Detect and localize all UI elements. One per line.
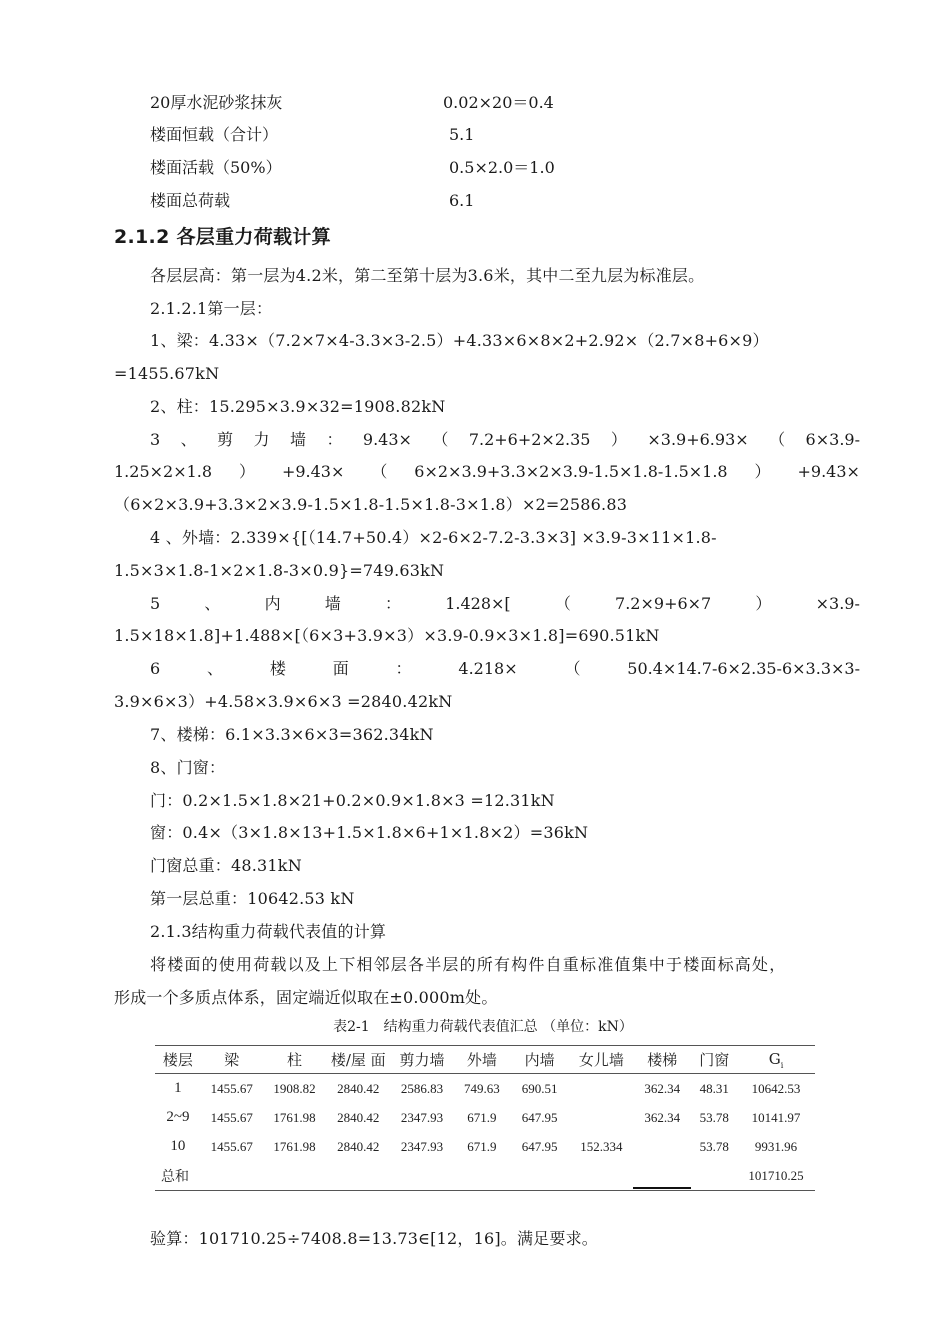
col-header-ext-wall: 外墙 [454, 1046, 510, 1074]
cell [570, 1103, 634, 1132]
floor-calc-line1: 6 、 楼 面 ： 4.218× （ 50.4×14.7-6×2.35-6×3.… [150, 658, 860, 680]
table-row: 1 1455.67 1908.82 2840.42 2586.83 749.63… [155, 1074, 815, 1104]
text-token: ： [385, 593, 401, 615]
method-line2: 形成一个多质点体系，固定端近似取在±0.000m处。 [114, 987, 498, 1009]
int-wall-calc-line2: 1.5×18×1.8]+1.488×[（6×3+3.9×3）×3.9-0.9×3… [114, 625, 660, 647]
text-token: 面 [333, 658, 349, 680]
cell: 2347.93 [390, 1103, 454, 1132]
col-header-column: 柱 [263, 1046, 327, 1074]
cell [570, 1161, 634, 1191]
text-token: 1.25×2×1.8 [114, 461, 212, 483]
col-header-parapet: 女儿墙 [570, 1046, 634, 1074]
verification: 验算：101710.25÷7408.8=13.73∈[12，16]。满足要求。 [150, 1228, 598, 1250]
col-header-int-wall: 内墙 [510, 1046, 570, 1074]
cell: 152.334 [570, 1132, 634, 1161]
text-token: 9.43× [363, 429, 412, 451]
windows-calc: 窗：0.4×（3×1.8×13+1.5×1.8×6+1×1.8×2）=36kN [150, 822, 588, 844]
text-token: 墙 [290, 429, 306, 451]
col-header-gi: Gi [737, 1046, 815, 1074]
text-token: 4.218× [458, 658, 517, 680]
cell: 1761.98 [263, 1132, 327, 1161]
cell: 53.78 [691, 1103, 737, 1132]
text-token: （ [564, 658, 580, 680]
text-token: 、 [204, 593, 220, 615]
cell [263, 1161, 327, 1191]
text-token: 7.2+6+2×2.35 [469, 429, 591, 451]
load-value: 5.1 [449, 124, 474, 146]
load-value: 0.5×2.0＝1.0 [449, 157, 555, 179]
cell: 2840.42 [326, 1074, 390, 1104]
gravity-load-summary-table: 楼层 梁 柱 楼/屋 面 剪力墙 外墙 内墙 女儿墙 楼梯 门窗 Gi 1 14… [155, 1045, 815, 1191]
load-label: 20厚水泥砂浆抹灰 [150, 92, 282, 114]
cell: 2586.83 [390, 1074, 454, 1104]
text-token: 3 [150, 429, 160, 451]
col-header-floor: 楼层 [155, 1046, 201, 1074]
text-token: 、 [181, 429, 197, 451]
text-token: 力 [254, 429, 270, 451]
text-token: ： [396, 658, 412, 680]
col-header-shear-wall: 剪力墙 [390, 1046, 454, 1074]
cell: 671.9 [454, 1132, 510, 1161]
text-token: 内 [265, 593, 281, 615]
text-token: 6 [150, 658, 160, 680]
section-heading: 2.1.2 各层重力荷载计算 [114, 224, 331, 250]
text-token: ） [239, 461, 255, 483]
cell: 2840.42 [326, 1103, 390, 1132]
cell-total-label: 总和 [155, 1161, 201, 1191]
doors-windows-total: 门窗总重：48.31kN [150, 855, 302, 877]
doors-calc: 门：0.2×1.5×1.8×21+0.2×0.9×1.8×3 =12.31kN [150, 790, 555, 812]
cell: 1455.67 [201, 1103, 263, 1132]
gi-symbol: G [769, 1050, 781, 1068]
cell-gi: 9931.96 [737, 1132, 815, 1161]
cell [454, 1161, 510, 1191]
text-token: ） [611, 429, 627, 451]
cell: 690.51 [510, 1074, 570, 1104]
int-wall-calc-line1: 5 、 内 墙 ： 1.428×[ （ 7.2×9+6×7 ） ×3.9- [150, 593, 860, 615]
text-token: （ [769, 429, 785, 451]
shear-wall-calc-line2: 1.25×2×1.8 ） +9.43× （ 6×2×3.9+3.3×2×3.9-… [114, 461, 860, 483]
ext-wall-calc-line1: 4 、外墙：2.339×{[（14.7+50.4）×2-6×2-7.2-3.3×… [150, 527, 717, 549]
underline-mark [633, 1187, 691, 1189]
text-token: 1.428×[ [445, 593, 510, 615]
text-token: ） [755, 593, 771, 615]
text-token: +9.43× [797, 461, 859, 483]
cell-gi-total: 101710.25 [737, 1161, 815, 1191]
text-token: 5 [150, 593, 160, 615]
cell: 53.78 [691, 1132, 737, 1161]
load-value: 6.1 [449, 190, 474, 212]
text-token: 剪 [217, 429, 233, 451]
ext-wall-calc-line2: 1.5×3×1.8-1×2×1.8-3×0.9}=749.63kN [114, 560, 444, 582]
cell-floor: 10 [155, 1132, 201, 1161]
shear-wall-calc-line3: （6×2×3.9+3.3×2×3.9-1.5×1.8-1.5×1.8-3×1.8… [114, 494, 627, 516]
beam-calc-line2: =1455.67kN [114, 363, 219, 385]
cell: 2347.93 [390, 1132, 454, 1161]
cell [633, 1132, 691, 1161]
text-token: （ [555, 593, 571, 615]
cell: 362.34 [633, 1074, 691, 1104]
col-header-beam: 梁 [201, 1046, 263, 1074]
cell-gi: 10141.97 [737, 1103, 815, 1132]
cell: 362.34 [633, 1103, 691, 1132]
table-caption: 表2-1 结构重力荷载代表值汇总 （单位：kN） [0, 1017, 950, 1037]
col-header-stairs: 楼梯 [633, 1046, 691, 1074]
cell: 647.95 [510, 1103, 570, 1132]
shear-wall-calc-line1: 3 、 剪 力 墙 ： 9.43× （ 7.2+6+2×2.35 ） ×3.9+… [150, 429, 860, 451]
cell: 1455.67 [201, 1132, 263, 1161]
cell [510, 1161, 570, 1191]
cell: 671.9 [454, 1103, 510, 1132]
cell: 1455.67 [201, 1074, 263, 1104]
cell [633, 1161, 691, 1191]
cell: 1908.82 [263, 1074, 327, 1104]
cell [390, 1161, 454, 1191]
stairs-calc: 7、楼梯：6.1×3.3×6×3=362.34kN [150, 724, 434, 746]
text-token: +9.43× [282, 461, 344, 483]
text-token: 、 [207, 658, 223, 680]
text-token: ×3.9- [816, 593, 860, 615]
cell [691, 1161, 737, 1191]
text-token: 6×3.9- [806, 429, 860, 451]
gi-subscript: i [781, 1061, 784, 1070]
text-token: 6×2×3.9+3.3×2×3.9-1.5×1.8-1.5×1.8 [414, 461, 727, 483]
beam-calc-line1: 1、梁：4.33×（7.2×7×4-3.3×3-2.5）+4.33×6×8×2+… [150, 330, 769, 352]
cell: 48.31 [691, 1074, 737, 1104]
table-header-row: 楼层 梁 柱 楼/屋 面 剪力墙 外墙 内墙 女儿墙 楼梯 门窗 Gi [155, 1046, 815, 1074]
load-value: 0.02×20＝0.4 [443, 92, 554, 114]
text-token: 墙 [325, 593, 341, 615]
load-label: 楼面总荷载 [150, 190, 230, 212]
text-token: ） [755, 461, 771, 483]
col-header-floor-roof: 楼/屋 面 [326, 1046, 390, 1074]
text-token: （ [432, 429, 448, 451]
text-token: （ [371, 461, 387, 483]
column-calc: 2、柱：15.295×3.9×32=1908.82kN [150, 396, 445, 418]
cell [570, 1074, 634, 1104]
cell: 749.63 [454, 1074, 510, 1104]
text-token: ： [326, 429, 342, 451]
cell: 647.95 [510, 1132, 570, 1161]
cell: 1761.98 [263, 1103, 327, 1132]
subsection-representative: 2.1.3结构重力荷载代表值的计算 [150, 921, 386, 943]
cell-floor: 1 [155, 1074, 201, 1104]
load-label: 楼面活载（50%） [150, 157, 282, 179]
first-floor-total: 第一层总重：10642.53 kN [150, 888, 355, 910]
cell: 2840.42 [326, 1132, 390, 1161]
col-header-doors-windows: 门窗 [691, 1046, 737, 1074]
text-token: 50.4×14.7-6×2.35-6×3.3×3- [627, 658, 860, 680]
cell-gi: 10642.53 [737, 1074, 815, 1104]
method-line1: 将楼面的使用荷载以及上下相邻层各半层的所有构件自重标准值集中于楼面标高处， [150, 954, 786, 976]
subsection-first-floor: 2.1.2.1第一层： [150, 298, 272, 320]
doors-windows-title: 8、门窗： [150, 757, 225, 779]
text-token: ×3.9+6.93× [647, 429, 748, 451]
cell [326, 1161, 390, 1191]
text-token: 楼 [270, 658, 286, 680]
table-row: 2~9 1455.67 1761.98 2840.42 2347.93 671.… [155, 1103, 815, 1132]
text-token: 7.2×9+6×7 [615, 593, 711, 615]
paragraph-floor-heights: 各层层高：第一层为4.2米，第二至第十层为3.6米，其中二至九层为标准层。 [150, 265, 704, 287]
cell [201, 1161, 263, 1191]
load-label: 楼面恒载（合计） [150, 124, 278, 146]
cell-floor: 2~9 [155, 1103, 201, 1132]
table-row: 10 1455.67 1761.98 2840.42 2347.93 671.9… [155, 1132, 815, 1161]
table-row-total: 总和 101710.25 [155, 1161, 815, 1191]
floor-calc-line2: 3.9×6×3）+4.58×3.9×6×3 =2840.42kN [114, 691, 452, 713]
